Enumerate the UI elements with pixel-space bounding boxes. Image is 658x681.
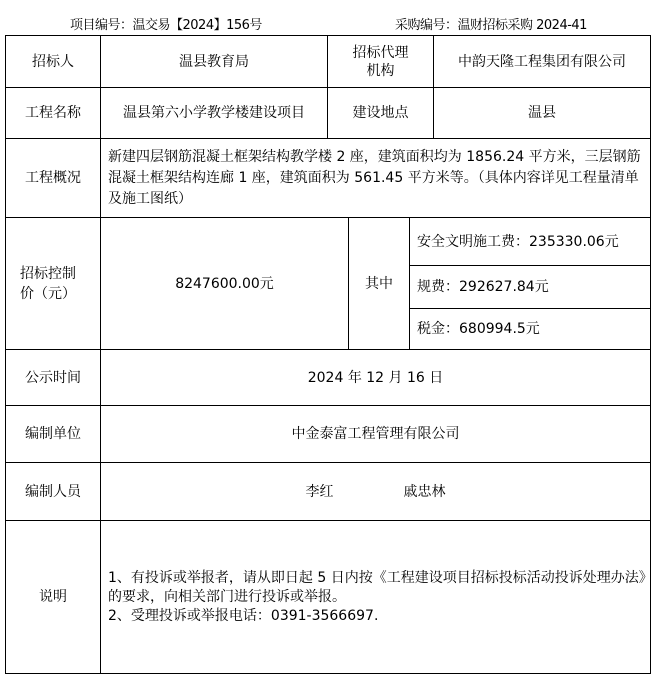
safety-fee: 安全文明施工费：235330.06元 <box>409 217 651 266</box>
compiler-unit-value: 中金泰富工程管理有限公司 <box>100 405 651 463</box>
compiler-unit-label: 编制单位 <box>5 405 101 463</box>
publicity-label: 公示时间 <box>5 349 101 406</box>
tax: 税金：680994.5元 <box>409 308 651 350</box>
regulatory-fee: 规费：292627.84元 <box>409 265 651 309</box>
publicity-value: 2024 年 12 月 16 日 <box>100 349 651 406</box>
tenderer-value: 温县教育局 <box>100 35 328 88</box>
notes-label: 说明 <box>5 520 101 674</box>
price-value: 8247600.00元 <box>100 217 349 350</box>
project-name-label: 工程名称 <box>5 87 101 139</box>
note-line-1: 1、有投诉或举报者，请从即日起 5 日内按《工程建设项目招标投标活动投诉处理办法… <box>108 569 646 607</box>
compiler-staff-value: 李红 戚忠林 <box>100 462 651 521</box>
site-value: 温县 <box>433 87 651 139</box>
staff-name-2: 戚忠林 <box>404 482 446 502</box>
agent-value: 中韵天隆工程集团有限公司 <box>433 35 651 88</box>
among-label: 其中 <box>348 217 410 350</box>
project-number: 项目编号：温交易【2024】156号 <box>70 14 262 33</box>
tenderer-label: 招标人 <box>5 35 101 88</box>
agent-label: 招标代理 机构 <box>327 35 434 88</box>
project-name-value: 温县第六小学教学楼建设项目 <box>100 87 328 139</box>
notes-value: 1、有投诉或举报者，请从即日起 5 日内按《工程建设项目招标投标活动投诉处理办法… <box>100 520 651 674</box>
overview-label: 工程概况 <box>5 138 101 218</box>
note-line-2: 2、受理投诉或举报电话：0391-3566697. <box>108 607 378 626</box>
overview-value: 新建四层钢筋混凝土框架结构教学楼 2 座，建筑面积均为 1856.24 平方米，… <box>100 138 651 218</box>
compiler-staff-label: 编制人员 <box>5 462 101 521</box>
purchase-number: 采购编号：温财招标采购 2024-41 <box>395 14 587 33</box>
price-label: 招标控制价（元） <box>5 217 101 350</box>
site-label: 建设地点 <box>327 87 434 139</box>
staff-name-1: 李红 <box>306 482 334 502</box>
